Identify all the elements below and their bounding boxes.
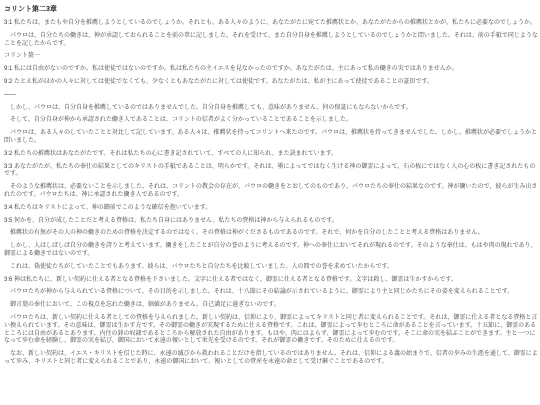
section-heading: コリント第一 (4, 53, 538, 61)
verse-paragraph: 9:2 たとえ私がほかの人々に対しては使徒でなくても、少なくともあなたがたに対し… (4, 79, 538, 87)
verse-paragraph: 3:5 何かを、自分が成したことだと考える資格は、私たち自身にはありません。私た… (4, 218, 538, 226)
verse-paragraph: 3:3 あなたがたが、私たちの奉仕の結果としてのキリストの手紙であることは、明ら… (4, 164, 538, 180)
commentary-paragraph: なお、新しい契約は、イエス・キリストを信じた時に、永遠の滅びから救われることだけ… (4, 351, 538, 367)
commentary-paragraph: 推薦状の有無がその人の神の働きのための資格を決定するのではなく、その資格は神がく… (4, 230, 538, 238)
separator-dashes: —— (4, 92, 538, 100)
verse-paragraph: 9:1 私には自由がないのですか。私は使徒ではないのですか。私は私たちの主イエス… (4, 66, 538, 74)
commentary-paragraph: パウロは、自分たちの働きは、神が承認しておられることを前の章に記しました。それを… (4, 33, 538, 49)
verse-paragraph: 3:4 私たちはキリストによって、神の御前でこのような確信を抱いています。 (4, 205, 538, 213)
page-title: コリント第二3章 (4, 5, 538, 14)
commentary-paragraph: パウロたちは、新しい契約に仕える者としての資格を与えられました。新しい契約は、信… (4, 315, 538, 346)
commentary-paragraph: 御言葉の奉仕において、この視点を忘れた働きは、価値がありません。自己満足に過ぎな… (4, 302, 538, 310)
commentary-paragraph: しかし、人はしばしば自分の働きを誇りと考えています。働きをしたことが自分の誉のよ… (4, 243, 538, 259)
commentary-paragraph: そのような推薦状は、必要ないことを示しました。それは、コリントの教会の存在が、パ… (4, 184, 538, 200)
verse-paragraph: 3:6 神は私たちに、新しい契約に仕える者となる資格を下さいました。文字に仕える… (4, 277, 538, 285)
commentary-paragraph: そして、自分自身が神から承認された働き人であることは、コリントの信者がよく分かっ… (4, 117, 538, 125)
commentary-paragraph: しかし、パウロは、自分自身を推薦しているのではありませんでした。自分自身を推薦し… (4, 105, 538, 113)
commentary-paragraph: パウロたちが神から与えられている資格について、その目的を示しました。それは、十八… (4, 289, 538, 297)
commentary-paragraph: これは、偽使徒たちがしていたことでもあります。彼らは、パウロたちと自分たちを比較… (4, 264, 538, 272)
verse-paragraph: 3:1 私たちは、またもや自分を推薦しようとしているのでしょうか。それとも、ある… (4, 20, 538, 28)
commentary-paragraph: パウロは、ある人々のしていたことと対比して記しています。ある人々は、推薦状を持っ… (4, 130, 538, 146)
document-page: コリント第二3章 3:1 私たちは、またもや自分を推薦しようとしているのでしょう… (0, 0, 540, 375)
verse-paragraph: 3:2 私たちの推薦状はあなたがたです。それは私たちの心に書き記されていて、すべ… (4, 151, 538, 159)
